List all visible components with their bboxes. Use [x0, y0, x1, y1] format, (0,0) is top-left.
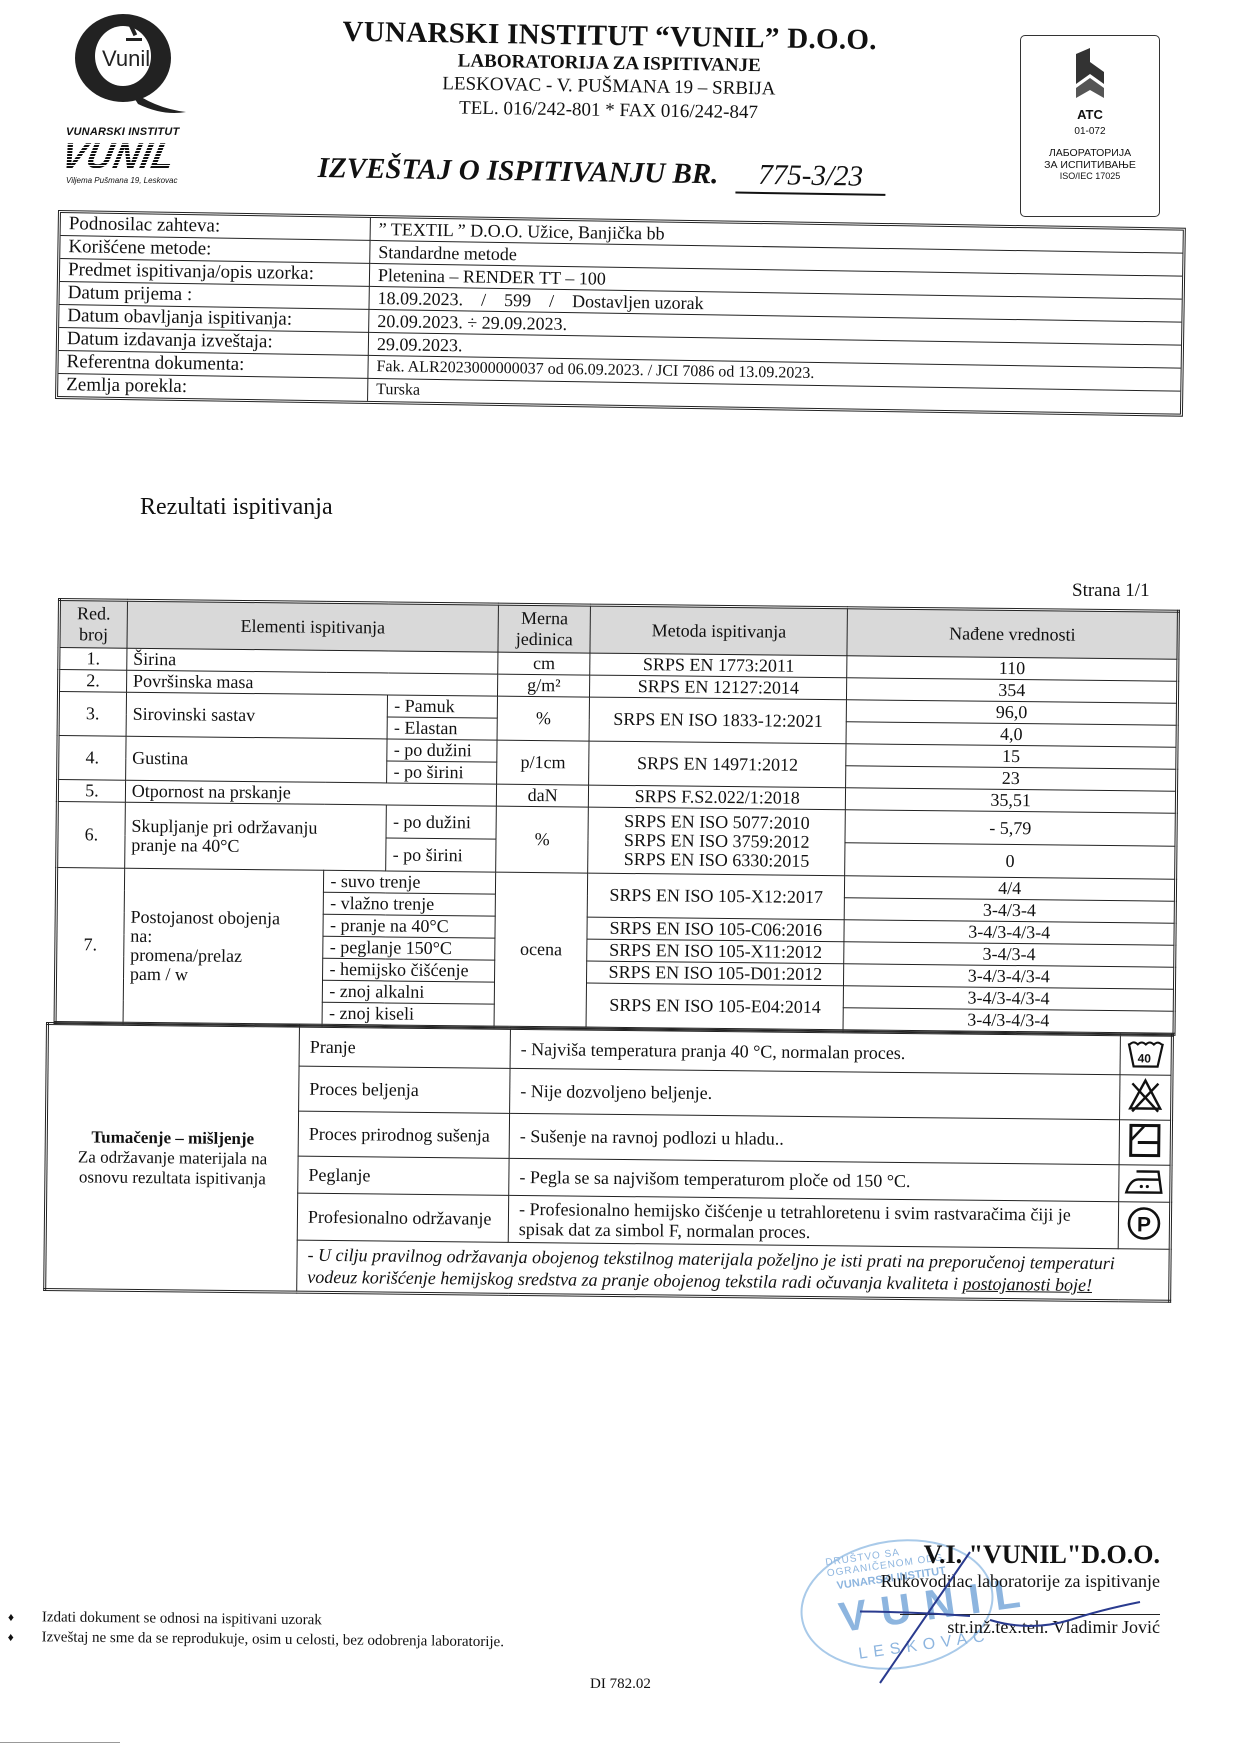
- row-method: SRPS EN 12127:2014: [590, 675, 847, 700]
- row-method: SRPS EN ISO 105-X12:2017: [587, 873, 845, 920]
- row-no: 4.: [58, 736, 126, 781]
- atc-standard: ISO/IEC 17025: [1021, 171, 1159, 181]
- row-subelement: - peglanje 150°C: [323, 936, 495, 960]
- row-unit: g/m²: [498, 674, 590, 697]
- row-unit: daN: [497, 784, 589, 807]
- row-method: SRPS F.S2.022/1:2018: [588, 785, 845, 810]
- care-instruction: - Pegla se sa najvišom temperaturom ploč…: [509, 1158, 1119, 1201]
- results-table: Red. broj Elementi ispitivanja Merna jed…: [54, 598, 1180, 1036]
- svg-text:Vunil: Vunil: [102, 46, 150, 71]
- dry-clean-p-icon: P: [1118, 1202, 1170, 1250]
- row-subelement: - suvo trenje: [324, 870, 496, 894]
- info-label: Zemlja porekla:: [58, 374, 368, 401]
- care-category: Pranje: [299, 1026, 510, 1068]
- interpretation-title: Tumačenje – mišljenje: [58, 1127, 288, 1149]
- row-no: 5.: [57, 780, 125, 803]
- no-bleach-icon: [1120, 1075, 1172, 1121]
- care-instruction: - Profesionalno hemijsko čišćenje u tetr…: [508, 1195, 1118, 1248]
- row-subelement: - po širini: [387, 761, 497, 784]
- row-method: SRPS EN ISO 5077:2010 SRPS EN ISO 3759:2…: [588, 807, 846, 876]
- footer-notes: ♦Izdati dokument se odnosi na ispitivani…: [8, 1607, 505, 1652]
- row-subelement: - vlažno trenje: [324, 892, 496, 916]
- care-category: Profesionalno održavanje: [297, 1193, 508, 1242]
- row-subelement: - po širini: [386, 838, 496, 872]
- row-method: SRPS EN ISO 105-E04:2014: [586, 983, 844, 1031]
- atc-lab-line1: ЛАБОРАТОРИЈА: [1021, 147, 1159, 159]
- interpretation-table: Tumačenje – mišljenje Za održavanje mate…: [43, 1022, 1174, 1303]
- row-subelement: - Pamuk: [388, 695, 498, 718]
- care-note-emphasis: postojanosti boje!: [962, 1274, 1092, 1295]
- logo-wordmark: VUNIL: [58, 138, 179, 174]
- wash-40-icon: 40: [1120, 1035, 1172, 1076]
- col-header-no: Red. broj: [59, 600, 127, 649]
- col-header-unit: Merna jedinica: [498, 604, 590, 653]
- vunil-logo: Vunil VUNARSKI INSTITUT VUNIL Viljema Pu…: [60, 8, 200, 178]
- col-header-element: Elementi ispitivanja: [127, 600, 499, 652]
- atc-logo-icon: [1070, 48, 1110, 98]
- row-subelement: - Elastan: [387, 717, 497, 740]
- row-unit: %: [497, 696, 589, 741]
- page-number: Strana 1/1: [1072, 580, 1150, 602]
- diamond-bullet-icon: ♦: [8, 1627, 14, 1647]
- row-subelement: - znoj alkalni: [323, 980, 495, 1004]
- care-instruction: - Najviša temperatura pranja 40 °C, norm…: [510, 1028, 1120, 1074]
- report-number: 775-3/23: [735, 159, 886, 196]
- svg-text:P: P: [1137, 1213, 1151, 1236]
- row-no: 7.: [55, 868, 124, 1024]
- row-method: SRPS EN ISO 1833-12:2021: [589, 697, 847, 744]
- row-element: Postojanost obojenja na: promena/prelaz …: [123, 868, 324, 1025]
- row-method-line: SRPS EN ISO 6330:2015: [594, 850, 838, 872]
- svg-text:40: 40: [1138, 1051, 1152, 1065]
- row-no: 2.: [59, 670, 127, 693]
- row-subelement: - pranje na 40°C: [323, 914, 495, 938]
- row-method: SRPS EN 14971:2012: [589, 741, 847, 788]
- row-method: SRPS EN ISO 105-C06:2016: [587, 917, 844, 942]
- row-unit: %: [496, 806, 589, 873]
- row-method: SRPS EN ISO 105-D01:2012: [587, 961, 844, 986]
- interpretation-subtitle: Za održavanje materijala na osnovu rezul…: [57, 1147, 287, 1189]
- care-category: Proces beljenja: [299, 1066, 510, 1113]
- atc-name: ATC: [1021, 107, 1159, 122]
- col-header-method: Metoda ispitivanja: [590, 605, 848, 656]
- row-element-line: pam / w: [130, 964, 317, 985]
- row-element: Gustina: [125, 736, 387, 783]
- row-subelement: - hemijsko čišćenje: [323, 958, 495, 982]
- row-unit: ocena: [494, 872, 587, 1028]
- document-id: DI 782.02: [590, 1676, 651, 1693]
- logo-address: Viljema Pušmana 19, Leskovac: [66, 176, 177, 185]
- row-subelement: - po dužini: [386, 805, 496, 839]
- row-subelement: - znoj kiseli: [322, 1002, 494, 1027]
- diamond-bullet-icon: ♦: [8, 1607, 14, 1627]
- row-element-line: Postojanost obojenja: [130, 907, 317, 928]
- care-note: - U cilju pravilnog održavanja obojenog …: [297, 1240, 1170, 1301]
- row-no: 1.: [59, 648, 127, 671]
- footer-note-text: Izveštaj ne sme da se reprodukuje, osim …: [42, 1629, 504, 1650]
- row-method: SRPS EN 1773:2011: [590, 653, 847, 678]
- q-logo-icon: Vunil: [68, 8, 188, 118]
- results-section-title: Rezultati ispitivanja: [140, 494, 333, 521]
- care-instruction: - Sušenje na ravnoj podlozi u hladu..: [509, 1113, 1119, 1164]
- row-value: 0: [845, 843, 1176, 879]
- letterhead: VUNARSKI INSTITUT “VUNIL” D.O.O. LABORAT…: [298, 14, 920, 128]
- iron-two-dots-icon: [1119, 1165, 1171, 1203]
- request-info-table: Podnosilac zahteva:” TEXTIL ” D.O.O. Uži…: [55, 210, 1186, 417]
- row-unit: p/1cm: [497, 740, 589, 785]
- dry-flat-shade-icon: [1119, 1120, 1171, 1166]
- handwritten-signature-icon: [860, 1540, 1160, 1690]
- footer-note: ♦Izveštaj ne sme da se reprodukuje, osim…: [8, 1627, 505, 1652]
- footer-note-text: Izdati dokument se odnosi na ispitivani …: [42, 1609, 322, 1628]
- row-element: Skupljanje pri održavanju pranje na 40°C: [125, 802, 387, 871]
- atc-lab-line2: ЗА ИСПИТИВАЊЕ: [1021, 159, 1159, 171]
- atc-number: 01-072: [1021, 126, 1159, 137]
- care-row: Tumačenje – mišljenje Za održavanje mate…: [47, 1024, 1172, 1076]
- accreditation-badge: ATC 01-072 ЛАБОРАТОРИЈА ЗА ИСПИТИВАЊЕ IS…: [1020, 35, 1160, 217]
- care-category: Proces prirodnog sušenja: [298, 1111, 509, 1158]
- row-unit: cm: [498, 652, 590, 675]
- row-no: 6.: [57, 802, 126, 869]
- care-instruction: - Nije dozvoljeno beljenje.: [510, 1068, 1120, 1119]
- row-value: - 5,79: [845, 810, 1176, 846]
- scan-edge-line: [0, 1742, 120, 1743]
- row-element-line: pranje na 40°C: [131, 835, 380, 857]
- care-category: Peglanje: [298, 1156, 509, 1195]
- row-no: 3.: [58, 692, 126, 737]
- signature-block: V.I. "VUNIL"D.O.O. Rukovodilac laborator…: [860, 1540, 1160, 1638]
- report-title: IZVEŠTAJ O ISPITIVANJU BR. 775-3/23: [317, 152, 885, 196]
- row-method: SRPS EN ISO 105-X11:2012: [587, 939, 844, 964]
- col-header-value: Nađene vrednosti: [847, 608, 1178, 659]
- interpretation-heading: Tumačenje – mišljenje Za održavanje mate…: [45, 1024, 300, 1293]
- report-title-text: IZVEŠTAJ O ISPITIVANJU BR.: [317, 152, 718, 190]
- row-element: Sirovinski sastav: [126, 692, 388, 739]
- row-subelement: - po dužini: [387, 739, 497, 762]
